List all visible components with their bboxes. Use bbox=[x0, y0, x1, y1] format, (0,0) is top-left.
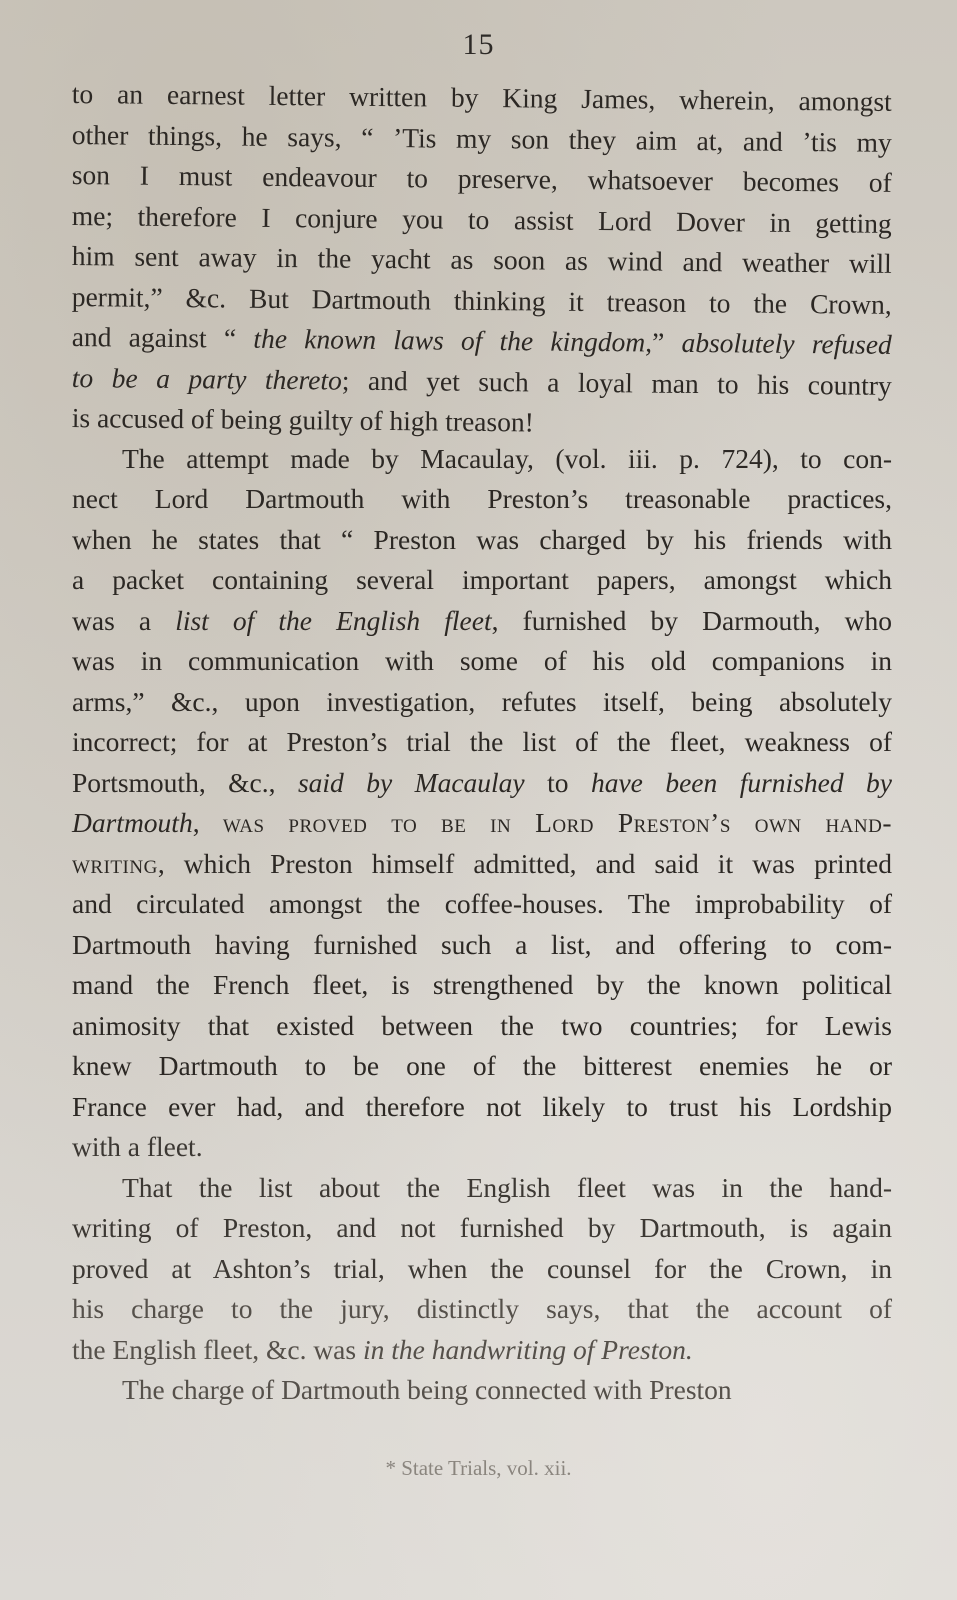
text-run: That the list about the English fleet wa… bbox=[122, 1172, 892, 1203]
paragraph: to an earnest letter written by King Jam… bbox=[72, 74, 892, 439]
text-line: That the list about the English fleet wa… bbox=[72, 1168, 892, 1209]
paragraph: The charge of Dartmouth being connected … bbox=[72, 1370, 892, 1411]
italic-text: list of the English fleet bbox=[175, 605, 491, 636]
text-run: when he states that “ Preston was charge… bbox=[72, 524, 892, 555]
text-run: proved at Ashton’s trial, when the couns… bbox=[72, 1253, 892, 1284]
text-run: to bbox=[525, 767, 591, 798]
text-run: , which Preston himself admitted, and sa… bbox=[158, 848, 892, 879]
text-run: animosity that existed between the two c… bbox=[72, 1010, 892, 1041]
page-number: 15 bbox=[0, 28, 957, 62]
small-caps-text: writing bbox=[72, 848, 158, 879]
text-line: was a list of the English fleet, furnish… bbox=[72, 601, 892, 642]
text-run: Portsmouth, &c., bbox=[72, 767, 298, 798]
text-line: was in communication with some of his ol… bbox=[72, 641, 892, 682]
text-run: me; therefore I conjure you to assist Lo… bbox=[72, 199, 892, 238]
text-line: the English fleet, &c. was in the handwr… bbox=[72, 1330, 892, 1371]
text-line: France ever had, and therefore not likel… bbox=[72, 1087, 892, 1128]
italic-text: in the handwriting of Preston. bbox=[363, 1334, 693, 1365]
footnote: * State Trials, vol. xii. bbox=[0, 1456, 957, 1481]
text-run: France ever had, and therefore not likel… bbox=[72, 1091, 892, 1122]
italic-text: said by Macaulay bbox=[298, 767, 525, 798]
text-line: incorrect; for at Preston’s trial the li… bbox=[72, 722, 892, 763]
text-line: knew Dartmouth to be one of the bitteres… bbox=[72, 1046, 892, 1087]
text-run: incorrect; for at Preston’s trial the li… bbox=[72, 726, 892, 757]
text-line: writing of Preston, and not furnished by… bbox=[72, 1208, 892, 1249]
italic-text: to be a party thereto bbox=[72, 361, 342, 395]
text-line: when he states that “ Preston was charge… bbox=[72, 520, 892, 561]
text-run: The attempt made by Macaulay, (vol. iii.… bbox=[122, 443, 892, 474]
text-line: a packet containing several important pa… bbox=[72, 560, 892, 601]
text-line: son I must endeavour to preserve, whatso… bbox=[72, 155, 892, 203]
text-line: Dartmouth, was proved to be in Lord Pres… bbox=[72, 803, 892, 844]
italic-text: Dartmouth bbox=[72, 807, 193, 838]
text-run: arms,” &c., upon investigation, refutes … bbox=[72, 686, 892, 717]
text-run: the English fleet, &c. was bbox=[72, 1334, 363, 1365]
text-run: with a fleet. bbox=[72, 1131, 203, 1162]
text-run: was a bbox=[72, 605, 175, 636]
text-run: The charge of Dartmouth being connected … bbox=[122, 1374, 732, 1405]
text-line: with a fleet. bbox=[72, 1127, 892, 1168]
text-line: mand the French fleet, is strengthened b… bbox=[72, 965, 892, 1006]
text-line: proved at Ashton’s trial, when the couns… bbox=[72, 1249, 892, 1290]
text-run: nect Lord Dartmouth with Preston’s treas… bbox=[72, 483, 892, 514]
text-run: his charge to the jury, distinctly says,… bbox=[72, 1293, 892, 1324]
text-line: arms,” &c., upon investigation, refutes … bbox=[72, 682, 892, 723]
text-run: him sent away in the yacht as soon as wi… bbox=[72, 240, 892, 279]
body-text: to an earnest letter written by King Jam… bbox=[72, 74, 892, 1411]
text-line: and circulated amongst the coffee-houses… bbox=[72, 884, 892, 925]
text-run: , bbox=[193, 807, 223, 838]
italic-text: absolutely refused bbox=[681, 327, 892, 360]
text-run: was in communication with some of his ol… bbox=[72, 645, 892, 676]
text-line: and against “ the known laws of the king… bbox=[72, 317, 892, 365]
text-line: him sent away in the yacht as soon as wi… bbox=[72, 236, 892, 284]
text-run: to an earnest letter written by King Jam… bbox=[72, 78, 892, 117]
text-run: Dartmouth having furnished such a list, … bbox=[72, 929, 892, 960]
text-line: his charge to the jury, distinctly says,… bbox=[72, 1289, 892, 1330]
text-run: ; and yet such a loyal man to his countr… bbox=[342, 364, 892, 400]
text-run: mand the French fleet, is strengthened b… bbox=[72, 969, 892, 1000]
small-caps-text: was proved to be in Lord Preston’s own h… bbox=[223, 807, 892, 838]
text-line: The charge of Dartmouth being connected … bbox=[72, 1370, 892, 1411]
text-run: ” bbox=[652, 327, 682, 358]
text-run: , furnished by Darmouth, who bbox=[492, 605, 892, 636]
text-run: son I must endeavour to preserve, whatso… bbox=[72, 159, 892, 198]
book-page: 15 to an earnest letter written by King … bbox=[0, 0, 957, 1600]
italic-text: have been furnished by bbox=[591, 767, 892, 798]
text-line: writing, which Preston himself admitted,… bbox=[72, 844, 892, 885]
italic-text: the known laws of the kingdom, bbox=[253, 323, 652, 358]
text-run: writing of Preston, and not furnished by… bbox=[72, 1212, 892, 1243]
text-run: and against “ bbox=[72, 321, 254, 354]
text-run: knew Dartmouth to be one of the bitteres… bbox=[72, 1050, 892, 1081]
text-line: Dartmouth having furnished such a list, … bbox=[72, 925, 892, 966]
text-run: permit,” &c. But Dartmouth thinking it t… bbox=[72, 280, 892, 319]
text-line: animosity that existed between the two c… bbox=[72, 1006, 892, 1047]
text-run: a packet containing several important pa… bbox=[72, 564, 892, 595]
text-line: nect Lord Dartmouth with Preston’s treas… bbox=[72, 479, 892, 520]
text-run: and circulated amongst the coffee-houses… bbox=[72, 888, 892, 919]
paragraph: The attempt made by Macaulay, (vol. iii.… bbox=[72, 439, 892, 1168]
text-line: is accused of being guilty of high treas… bbox=[72, 398, 892, 446]
text-run: other things, he says, “ ’Tis my son the… bbox=[72, 118, 892, 157]
paragraph: That the list about the English fleet wa… bbox=[72, 1168, 892, 1371]
text-run: is accused of being guilty of high treas… bbox=[72, 402, 534, 437]
text-line: to an earnest letter written by King Jam… bbox=[72, 74, 892, 122]
text-line: Portsmouth, &c., said by Macaulay to hav… bbox=[72, 763, 892, 804]
